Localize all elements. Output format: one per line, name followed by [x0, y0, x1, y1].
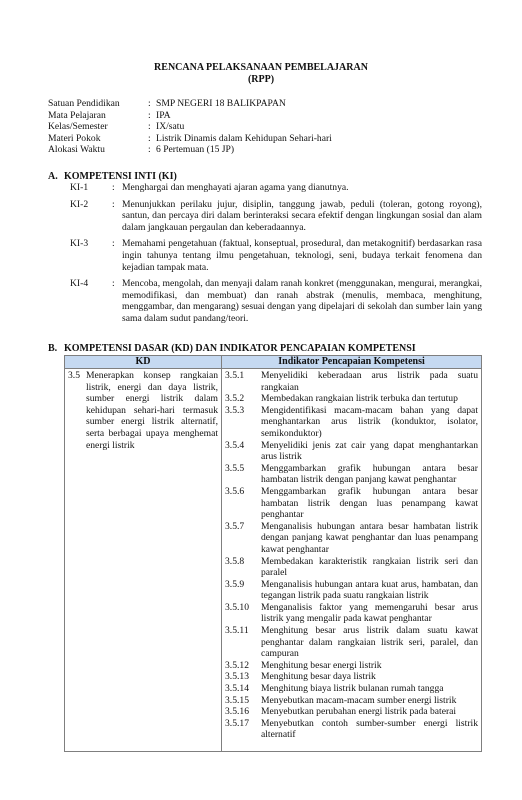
indicator-text: Menyelidiki jenis zat cair yang dapat me… — [261, 440, 478, 463]
indicator-number: 3.5.10 — [225, 602, 261, 625]
indicator-text: Menyebutkan perubahan energi listrik pad… — [261, 706, 478, 718]
meta-label: Materi Pokok — [48, 133, 148, 145]
indicator-text: Menghitung besar energi listrik — [261, 660, 478, 672]
meta-value: IPA — [156, 110, 171, 122]
table-row: 3.5 Menerapkan konsep rangkaian listrik,… — [65, 369, 482, 752]
kd-indicator-table: KD Indikator Pencapaian Kompetensi 3.5 M… — [64, 355, 482, 752]
section-a-heading: A.KOMPETENSI INTI (KI) — [48, 171, 177, 183]
document-subtitle: (RPP) — [0, 74, 522, 86]
indicator-number: 3.5.15 — [225, 695, 261, 707]
section-letter: A. — [48, 171, 64, 183]
indicator-text: Membedakan rangkaian listrik terbuka dan… — [261, 393, 478, 405]
kd-number: 3.5 — [68, 370, 86, 451]
ki-list: KI-1 : Menghargai dan menghayati ajaran … — [70, 182, 482, 330]
indicator-text: Menyelidiki keberadaan arus listrik pada… — [261, 370, 478, 393]
meta-label: Mata Pelajaran — [48, 110, 148, 122]
indicator-text: Menghitung biaya listrik bulanan rumah t… — [261, 683, 478, 695]
indicator-item: 3.5.3Mengidentifikasi macam-macam bahan … — [225, 405, 478, 440]
meta-label: Alokasi Waktu — [48, 144, 148, 156]
indicator-text: Menganalisis faktor yang memengaruhi bes… — [261, 602, 478, 625]
indicator-list: 3.5.1Menyelidiki keberadaan arus listrik… — [225, 370, 478, 741]
ki-code: KI-4 — [70, 278, 112, 324]
ki-text: Menghargai dan menghayati ajaran agama y… — [122, 182, 482, 194]
meta-separator: : — [148, 110, 156, 122]
indicator-number: 3.5.12 — [225, 660, 261, 672]
indicator-text: Menyebutkan macam-macam sumber energi li… — [261, 695, 478, 707]
indicator-cell: 3.5.1Menyelidiki keberadaan arus listrik… — [222, 369, 482, 752]
meta-separator: : — [148, 98, 156, 110]
indicator-number: 3.5.13 — [225, 671, 261, 683]
document-title: RENCANA PELAKSANAAN PEMBELAJARAN — [0, 62, 522, 74]
indicator-item: 3.5.8Membedakan karakteristik rangkaian … — [225, 556, 478, 579]
indicator-number: 3.5.14 — [225, 683, 261, 695]
indicator-text: Menggambarkan grafik hubungan antara bes… — [261, 486, 478, 521]
indicator-text: Menyebutkan contoh sumber-sumber energi … — [261, 718, 478, 741]
indicator-text: Menghitung besar daya listrik — [261, 671, 478, 683]
section-title: KOMPETENSI DASAR (KD) DAN INDIKATOR PENC… — [64, 343, 416, 354]
indicator-item: 3.5.2Membedakan rangkaian listrik terbuk… — [225, 393, 478, 405]
meta-row: Satuan Pendidikan : SMP NEGERI 18 BALIKP… — [48, 98, 332, 110]
meta-separator: : — [148, 144, 156, 156]
indicator-number: 3.5.3 — [225, 405, 261, 440]
indicator-text: Mengidentifikasi macam-macam bahan yang … — [261, 405, 478, 440]
kd-text: Menerapkan konsep rangkaian listrik, ene… — [86, 370, 218, 451]
indicator-text: Menghitung besar arus listrik dalam suat… — [261, 625, 478, 660]
meta-value: SMP NEGERI 18 BALIKPAPAN — [156, 98, 286, 110]
ki-item: KI-1 : Menghargai dan menghayati ajaran … — [70, 182, 482, 194]
meta-row: Alokasi Waktu : 6 Pertemuan (15 JP) — [48, 144, 332, 156]
meta-separator: : — [148, 121, 156, 133]
indicator-text: Menganalisis hubungan antara besar hamba… — [261, 521, 478, 556]
indicator-number: 3.5.8 — [225, 556, 261, 579]
ki-code: KI-1 — [70, 182, 112, 194]
meta-row: Mata Pelajaran : IPA — [48, 110, 332, 122]
indicator-item: 3.5.4Menyelidiki jenis zat cair yang dap… — [225, 440, 478, 463]
ki-item: KI-3 : Memahami pengetahuan (faktual, ko… — [70, 238, 482, 273]
meta-row: Kelas/Semester : IX/satu — [48, 121, 332, 133]
indicator-item: 3.5.16Menyebutkan perubahan energi listr… — [225, 706, 478, 718]
indicator-number: 3.5.5 — [225, 463, 261, 486]
indicator-item: 3.5.11Menghitung besar arus listrik dala… — [225, 625, 478, 660]
indicator-text: Menggambarkan grafik hubungan antara bes… — [261, 463, 478, 486]
ki-separator: : — [112, 278, 122, 324]
ki-code: KI-2 — [70, 199, 112, 234]
kd-cell: 3.5 Menerapkan konsep rangkaian listrik,… — [65, 369, 222, 752]
ki-item: KI-4 : Mencoba, mengolah, dan menyaji da… — [70, 278, 482, 324]
indicator-number: 3.5.11 — [225, 625, 261, 660]
table-header-row: KD Indikator Pencapaian Kompetensi — [65, 356, 482, 369]
meta-value: IX/satu — [156, 121, 184, 133]
indicator-text: Membedakan karakteristik rangkaian listr… — [261, 556, 478, 579]
indicator-item: 3.5.15Menyebutkan macam-macam sumber ene… — [225, 695, 478, 707]
ki-separator: : — [112, 238, 122, 273]
indicator-item: 3.5.14Menghitung biaya listrik bulanan r… — [225, 683, 478, 695]
section-b-heading: B.KOMPETENSI DASAR (KD) DAN INDIKATOR PE… — [48, 343, 416, 355]
meta-row: Materi Pokok : Listrik Dinamis dalam Keh… — [48, 133, 332, 145]
indicator-number: 3.5.1 — [225, 370, 261, 393]
meta-value: Listrik Dinamis dalam Kehidupan Sehari-h… — [156, 133, 332, 145]
indicator-number: 3.5.16 — [225, 706, 261, 718]
section-title: KOMPETENSI INTI (KI) — [64, 171, 177, 182]
ki-text: Mencoba, mengolah, dan menyaji dalam ran… — [122, 278, 482, 324]
kd-item: 3.5 Menerapkan konsep rangkaian listrik,… — [68, 370, 218, 451]
indicator-number: 3.5.17 — [225, 718, 261, 741]
column-header-indicator: Indikator Pencapaian Kompetensi — [222, 356, 482, 369]
indicator-item: 3.5.7Menganalisis hubungan antara besar … — [225, 521, 478, 556]
indicator-item: 3.5.6Menggambarkan grafik hubungan antar… — [225, 486, 478, 521]
indicator-number: 3.5.2 — [225, 393, 261, 405]
ki-code: KI-3 — [70, 238, 112, 273]
indicator-text: Menganalisis hubungan antara kuat arus, … — [261, 579, 478, 602]
ki-item: KI-2 : Menunjukkan perilaku jujur, disip… — [70, 199, 482, 234]
meta-label: Kelas/Semester — [48, 121, 148, 133]
ki-separator: : — [112, 199, 122, 234]
indicator-item: 3.5.10Menganalisis faktor yang memengaru… — [225, 602, 478, 625]
meta-separator: : — [148, 133, 156, 145]
column-header-kd: KD — [65, 356, 222, 369]
ki-text: Menunjukkan perilaku jujur, disiplin, ta… — [122, 199, 482, 234]
indicator-number: 3.5.9 — [225, 579, 261, 602]
section-letter: B. — [48, 343, 64, 355]
meta-value: 6 Pertemuan (15 JP) — [156, 144, 234, 156]
ki-text: Memahami pengetahuan (faktual, konseptua… — [122, 238, 482, 273]
indicator-item: 3.5.12Menghitung besar energi listrik — [225, 660, 478, 672]
identity-block: Satuan Pendidikan : SMP NEGERI 18 BALIKP… — [48, 98, 332, 156]
indicator-item: 3.5.9Menganalisis hubungan antara kuat a… — [225, 579, 478, 602]
indicator-number: 3.5.4 — [225, 440, 261, 463]
indicator-item: 3.5.5Menggambarkan grafik hubungan antar… — [225, 463, 478, 486]
indicator-item: 3.5.1Menyelidiki keberadaan arus listrik… — [225, 370, 478, 393]
indicator-item: 3.5.17Menyebutkan contoh sumber-sumber e… — [225, 718, 478, 741]
meta-label: Satuan Pendidikan — [48, 98, 148, 110]
ki-separator: : — [112, 182, 122, 194]
document-page: RENCANA PELAKSANAAN PEMBELAJARAN (RPP) S… — [0, 0, 522, 800]
indicator-item: 3.5.13Menghitung besar daya listrik — [225, 671, 478, 683]
indicator-number: 3.5.6 — [225, 486, 261, 521]
indicator-number: 3.5.7 — [225, 521, 261, 556]
